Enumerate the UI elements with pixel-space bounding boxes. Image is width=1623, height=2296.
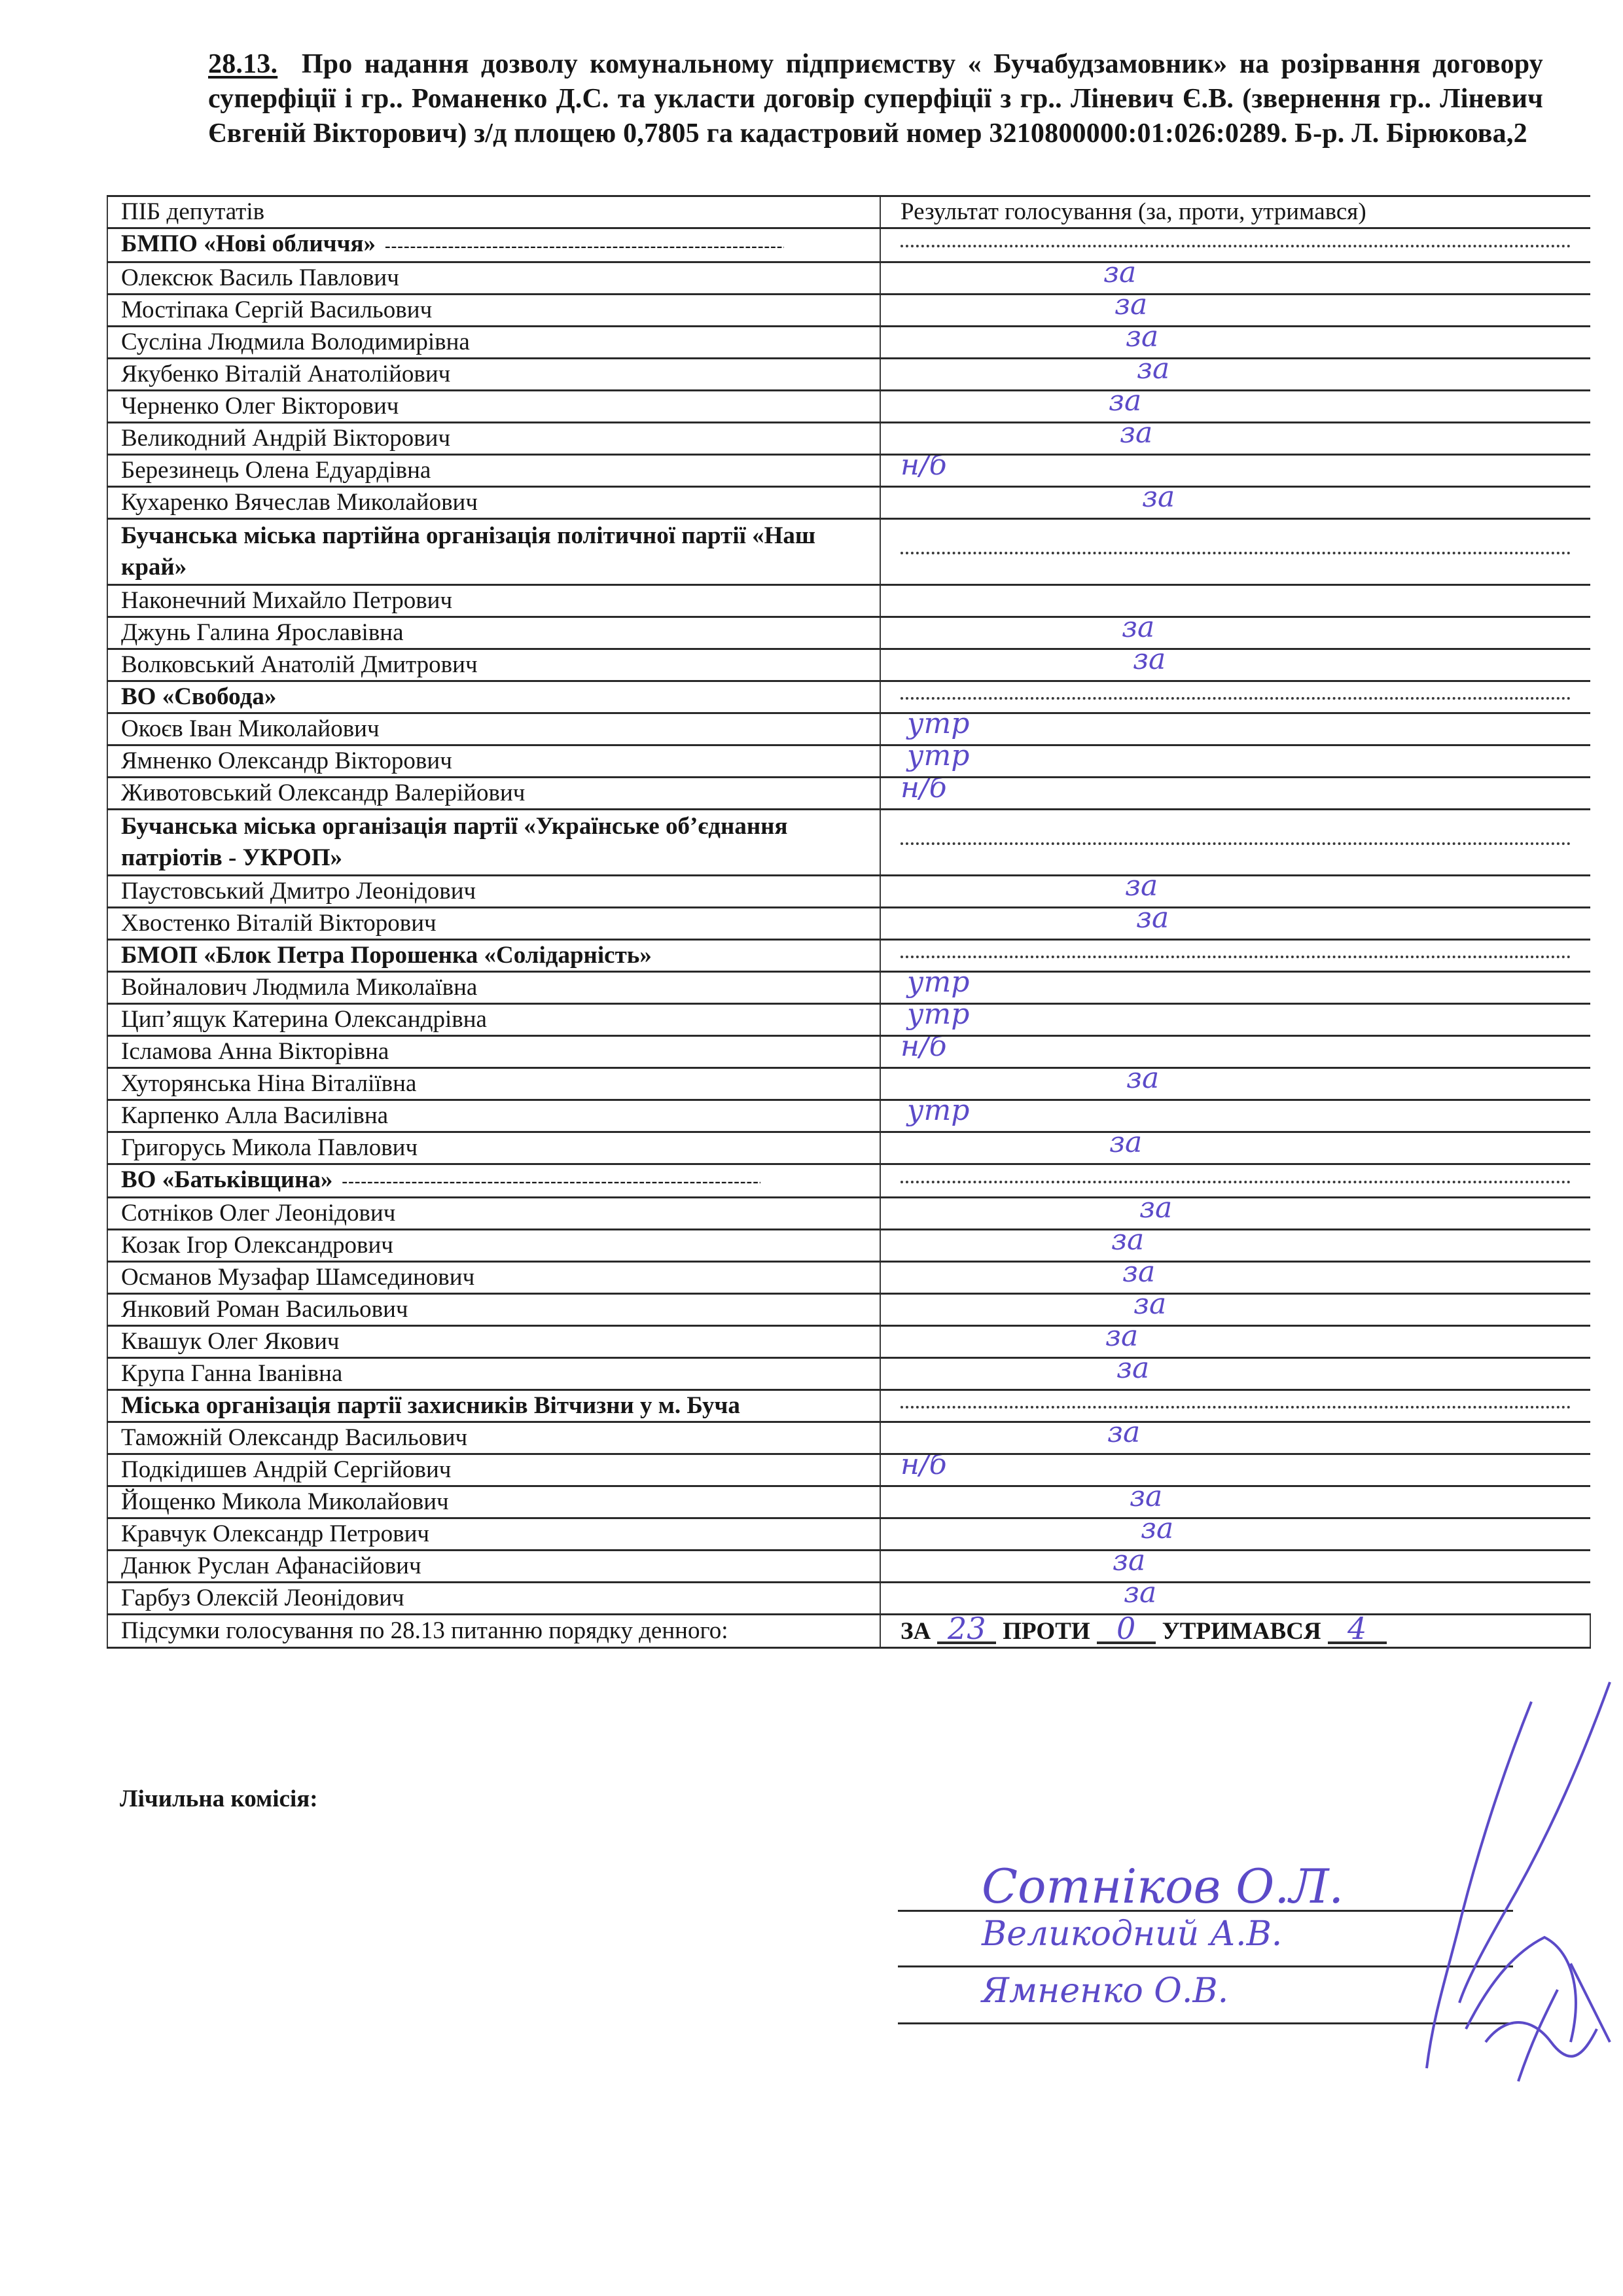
deputy-row: Джунь Галина Ярославівназа: [107, 617, 1590, 649]
group-result-placeholder: [880, 1164, 1590, 1198]
handwritten-vote-mark: за: [1109, 1132, 1142, 1159]
deputy-name: Гарбуз Олексій Леонідович: [107, 1583, 880, 1615]
deputy-vote-cell: за: [880, 875, 1590, 907]
group-name-text: Бучанська міська організація партії «Укр…: [121, 813, 787, 871]
deputy-name: Волковський Анатолій Дмитрович: [107, 649, 880, 681]
deputy-row: Якубенко Віталій Анатолійовичза: [107, 358, 1590, 390]
deputy-name: Козак Ігор Олександрович: [107, 1230, 880, 1262]
deputy-vote-cell: за: [880, 1551, 1590, 1583]
handwritten-vote-mark: за: [1126, 326, 1158, 353]
handwritten-vote-mark: за: [1126, 1067, 1159, 1095]
deputy-vote-cell: н/б: [880, 454, 1590, 486]
group-header-row: Бучанська міська партійна організація по…: [107, 518, 1590, 584]
deputy-row: Сотніков Олег Леонідовичза: [107, 1198, 1590, 1230]
voting-table: ПІБ депутатів Результат голосування (за,…: [107, 195, 1591, 1649]
agenda-item-title: 28.13. Про надання дозволу комунальному …: [208, 47, 1543, 151]
deputy-name: Паустовський Дмитро Леонідович: [107, 875, 880, 907]
group-header-row: Міська організація партії захисників Віт…: [107, 1390, 1590, 1422]
deputy-row: Войналович Людмила Миколаївнаутр: [107, 971, 1590, 1003]
deputy-row: Подкідишев Андрій Сергійовичн/б: [107, 1454, 1590, 1486]
group-name-text: Бучанська міська партійна організація по…: [121, 522, 815, 581]
dash-fill: ----------------------------------------…: [385, 231, 784, 261]
deputy-name: Григорусь Микола Павлович: [107, 1132, 880, 1164]
deputy-name: Наконечний Михайло Петрович: [107, 584, 880, 617]
votes-for-value: 23: [937, 1615, 996, 1644]
group-header-row: ВО «Свобода»: [107, 681, 1590, 713]
group-name: Бучанська міська партійна організація по…: [107, 518, 880, 584]
group-name-text: Міська організація партії захисників Віт…: [121, 1392, 740, 1419]
deputy-name: Ямненко Олександр Вікторович: [107, 745, 880, 777]
header-result: Результат голосування (за, проти, утрима…: [880, 196, 1590, 228]
deputy-name: Великодний Андрій Вікторович: [107, 422, 880, 454]
deputy-row: Великодний Андрій Вікторовичза: [107, 422, 1590, 454]
deputy-row: Хуторянська Ніна Віталіївназа: [107, 1067, 1590, 1100]
deputy-row: Янковий Роман Васильовичза: [107, 1294, 1590, 1326]
deputy-vote-cell: утр: [880, 713, 1590, 745]
deputy-row: Кравчук Олександр Петровичза: [107, 1518, 1590, 1551]
deputy-row: Карпенко Алла Василівнаутр: [107, 1100, 1590, 1132]
handwritten-vote-mark: за: [1107, 1422, 1140, 1450]
handwritten-vote-mark: за: [1141, 1518, 1173, 1546]
agenda-item-number: 28.13.: [208, 49, 277, 79]
handwritten-vote-mark: за: [1103, 262, 1136, 289]
deputy-name: Березинець Олена Едуардівна: [107, 454, 880, 486]
deputy-name: Хуторянська Ніна Віталіївна: [107, 1067, 880, 1100]
deputy-vote-cell: за: [880, 1422, 1590, 1454]
deputy-vote-cell: за: [880, 294, 1590, 326]
deputy-row: Наконечний Михайло Петрович: [107, 584, 1590, 617]
deputy-row: Животовський Олександр Валерійовичн/б: [107, 777, 1590, 809]
deputy-vote-cell: утр: [880, 745, 1590, 777]
handwritten-vote-mark: за: [1124, 1583, 1156, 1610]
deputy-name: Олексюк Василь Павлович: [107, 262, 880, 294]
group-name: Бучанська міська організація партії «Укр…: [107, 809, 880, 875]
group-result-placeholder: [880, 228, 1590, 262]
deputy-row: Паустовський Дмитро Леонідовичза: [107, 875, 1590, 907]
handwritten-vote-mark: за: [1142, 486, 1175, 514]
deputy-name: Ісламова Анна Вікторівна: [107, 1035, 880, 1067]
group-result-placeholder: [880, 1390, 1590, 1422]
handwritten-vote-mark: утр: [907, 745, 969, 772]
deputy-vote-cell: н/б: [880, 1035, 1590, 1067]
deputy-vote-cell: за: [880, 1132, 1590, 1164]
deputy-vote-cell: за: [880, 390, 1590, 422]
deputy-row: Цип’ящук Катерина Олександрівнаутр: [107, 1003, 1590, 1035]
deputy-vote-cell: утр: [880, 1100, 1590, 1132]
deputy-vote-cell: утр: [880, 1003, 1590, 1035]
signature-scribble-icon: [1335, 1676, 1623, 2094]
deputy-vote-cell: за: [880, 649, 1590, 681]
votes-for-label: ЗА: [901, 1618, 931, 1645]
deputy-name: Войналович Людмила Миколаївна: [107, 971, 880, 1003]
group-header-row: ВО «Батьківщина»------------------------…: [107, 1164, 1590, 1198]
deputy-vote-cell: за: [880, 422, 1590, 454]
deputy-vote-cell: за: [880, 1583, 1590, 1615]
deputy-row: Йощенко Микола Миколайовичза: [107, 1486, 1590, 1518]
summary-row: Підсумки голосування по 28.13 питанню по…: [107, 1615, 1590, 1648]
dash-line: [901, 552, 1571, 554]
table-header-row: ПІБ депутатів Результат голосування (за,…: [107, 196, 1590, 228]
deputy-row: Олексюк Василь Павловичза: [107, 262, 1590, 294]
handwritten-vote-mark: за: [1122, 617, 1154, 644]
votes-abstain-label: УТРИМАВСЯ: [1162, 1618, 1321, 1645]
group-name-text: БМОП «Блок Петра Порошенка «Солідарність…: [121, 942, 652, 969]
dash-line: [901, 245, 1571, 247]
deputy-name: Янковий Роман Васильович: [107, 1294, 880, 1326]
group-header-row: БМОП «Блок Петра Порошенка «Солідарність…: [107, 939, 1590, 971]
dash-line: [901, 1181, 1571, 1183]
deputy-row: Гарбуз Олексій Леонідовичза: [107, 1583, 1590, 1615]
deputy-row: Османов Музафар Шамсединовичза: [107, 1262, 1590, 1294]
handwritten-vote-mark: утр: [907, 713, 969, 740]
deputy-row: Кухаренко Вячеслав Миколайовичза: [107, 486, 1590, 518]
deputy-vote-cell: за: [880, 1262, 1590, 1294]
group-name-text: ВО «Свобода»: [121, 683, 276, 710]
deputy-row: Ісламова Анна Вікторівнан/б: [107, 1035, 1590, 1067]
commission-member-signature: Великодний А.В.: [982, 1914, 1282, 1954]
handwritten-vote-mark: за: [1137, 358, 1169, 386]
deputy-vote-cell: за: [880, 1486, 1590, 1518]
deputy-vote-cell: н/б: [880, 1454, 1590, 1486]
deputy-name: Хвостенко Віталій Вікторович: [107, 907, 880, 939]
deputy-row: Березинець Олена Едуардівнан/б: [107, 454, 1590, 486]
handwritten-vote-mark: за: [1133, 649, 1166, 676]
handwritten-vote-mark: за: [1125, 875, 1158, 903]
deputy-name: Сусліна Людмила Володимирівна: [107, 326, 880, 358]
deputy-row: Хвостенко Віталій Вікторовичза: [107, 907, 1590, 939]
deputy-name: Крупа Ганна Іванівна: [107, 1358, 880, 1390]
deputy-row: Крупа Ганна Іванівназа: [107, 1358, 1590, 1390]
handwritten-vote-mark: за: [1139, 1198, 1172, 1225]
dash-line: [901, 842, 1571, 845]
deputy-name: Якубенко Віталій Анатолійович: [107, 358, 880, 390]
summary-results: ЗА23ПРОТИ0УТРИМАВСЯ4: [880, 1615, 1590, 1648]
votes-against-value: 0: [1097, 1615, 1156, 1644]
handwritten-vote-mark: н/б: [901, 777, 947, 804]
deputy-name: Йощенко Микола Миколайович: [107, 1486, 880, 1518]
handwritten-vote-mark: за: [1113, 1551, 1145, 1578]
deputy-vote-cell: за: [880, 326, 1590, 358]
deputy-vote-cell: за: [880, 1518, 1590, 1551]
deputy-row: Мостіпака Сергій Васильовичза: [107, 294, 1590, 326]
deputy-name: Османов Музафар Шамсединович: [107, 1262, 880, 1294]
handwritten-vote-mark: утр: [907, 1100, 969, 1127]
deputy-vote-cell: [880, 584, 1590, 617]
counting-commission-label: Лічильна комісія:: [120, 1785, 318, 1813]
deputy-name: Кухаренко Вячеслав Миколайович: [107, 486, 880, 518]
group-header-row: Бучанська міська організація партії «Укр…: [107, 809, 1590, 875]
deputy-row: Окоєв Іван Миколайовичутр: [107, 713, 1590, 745]
votes-against-label: ПРОТИ: [1003, 1618, 1090, 1645]
deputy-vote-cell: за: [880, 262, 1590, 294]
deputy-name: Черненко Олег Вікторович: [107, 390, 880, 422]
handwritten-vote-mark: н/б: [901, 1454, 947, 1482]
handwritten-vote-mark: за: [1116, 1358, 1149, 1386]
deputy-row: Ямненко Олександр Вікторовичутр: [107, 745, 1590, 777]
deputy-vote-cell: за: [880, 1326, 1590, 1358]
group-name: БМПО «Нові обличчя»---------------------…: [107, 228, 880, 262]
deputy-vote-cell: за: [880, 1198, 1590, 1230]
handwritten-vote-mark: н/б: [901, 454, 947, 482]
handwritten-vote-mark: за: [1105, 1326, 1138, 1354]
header-name: ПІБ депутатів: [107, 196, 880, 228]
group-name: Міська організація партії захисників Віт…: [107, 1390, 880, 1422]
group-name-text: ВО «Батьківщина»: [121, 1166, 332, 1193]
deputy-vote-cell: за: [880, 358, 1590, 390]
deputy-row: Данюк Руслан Афанасійовичза: [107, 1551, 1590, 1583]
deputy-name: Таможній Олександр Васильович: [107, 1422, 880, 1454]
group-name: ВО «Свобода»: [107, 681, 880, 713]
group-result-placeholder: [880, 518, 1590, 584]
group-result-placeholder: [880, 809, 1590, 875]
dash-line: [901, 956, 1571, 958]
deputy-vote-cell: за: [880, 1067, 1590, 1100]
group-result-placeholder: [880, 939, 1590, 971]
deputy-row: Козак Ігор Олександровичза: [107, 1230, 1590, 1262]
commission-member-signature: Сотніков О.Л.: [982, 1859, 1344, 1914]
handwritten-vote-mark: за: [1109, 390, 1141, 418]
deputy-name: Карпенко Алла Василівна: [107, 1100, 880, 1132]
handwritten-vote-mark: утр: [907, 1003, 969, 1031]
deputy-row: Таможній Олександр Васильовичза: [107, 1422, 1590, 1454]
deputy-name: Джунь Галина Ярославівна: [107, 617, 880, 649]
deputy-row: Сусліна Людмила Володимирівназа: [107, 326, 1590, 358]
group-name: БМОП «Блок Петра Порошенка «Солідарність…: [107, 939, 880, 971]
deputy-name: Мостіпака Сергій Васильович: [107, 294, 880, 326]
handwritten-vote-mark: н/б: [901, 1035, 947, 1063]
deputy-name: Окоєв Іван Миколайович: [107, 713, 880, 745]
deputy-row: Черненко Олег Вікторовичза: [107, 390, 1590, 422]
deputy-name: Цип’ящук Катерина Олександрівна: [107, 1003, 880, 1035]
group-name-text: БМПО «Нові обличчя»: [121, 230, 376, 257]
dash-line: [901, 697, 1571, 700]
deputy-vote-cell: н/б: [880, 777, 1590, 809]
deputy-vote-cell: за: [880, 907, 1590, 939]
deputy-vote-cell: за: [880, 1294, 1590, 1326]
deputy-name: Сотніков Олег Леонідович: [107, 1198, 880, 1230]
deputy-name: Квашук Олег Якович: [107, 1326, 880, 1358]
dash-fill: ----------------------------------------…: [342, 1166, 760, 1196]
summary-label: Підсумки голосування по 28.13 питанню по…: [107, 1615, 880, 1648]
handwritten-vote-mark: за: [1136, 907, 1169, 935]
deputy-row: Волковський Анатолій Дмитровичза: [107, 649, 1590, 681]
dash-line: [901, 1406, 1571, 1408]
group-result-placeholder: [880, 681, 1590, 713]
deputy-vote-cell: за: [880, 486, 1590, 518]
deputy-name: Подкідишев Андрій Сергійович: [107, 1454, 880, 1486]
commission-member-signature: Ямненко О.В.: [982, 1971, 1228, 2011]
group-header-row: БМПО «Нові обличчя»---------------------…: [107, 228, 1590, 262]
handwritten-vote-mark: за: [1111, 1230, 1144, 1257]
handwritten-vote-mark: за: [1122, 1262, 1155, 1289]
handwritten-vote-mark: утр: [907, 971, 969, 999]
votes-abstain-value: 4: [1328, 1615, 1387, 1644]
deputy-name: Животовський Олександр Валерійович: [107, 777, 880, 809]
handwritten-vote-mark: за: [1120, 422, 1152, 450]
deputy-vote-cell: утр: [880, 971, 1590, 1003]
agenda-item-text: Про надання дозволу комунальному підприє…: [208, 49, 1543, 149]
deputy-name: Данюк Руслан Афанасійович: [107, 1551, 880, 1583]
handwritten-vote-mark: за: [1115, 294, 1147, 321]
handwritten-vote-mark: за: [1130, 1486, 1162, 1514]
deputy-vote-cell: за: [880, 1230, 1590, 1262]
deputy-row: Квашук Олег Яковичза: [107, 1326, 1590, 1358]
deputy-name: Кравчук Олександр Петрович: [107, 1518, 880, 1551]
deputy-vote-cell: за: [880, 1358, 1590, 1390]
group-name: ВО «Батьківщина»------------------------…: [107, 1164, 880, 1198]
deputy-row: Григорусь Микола Павловичза: [107, 1132, 1590, 1164]
handwritten-vote-mark: за: [1133, 1294, 1166, 1321]
deputy-vote-cell: за: [880, 617, 1590, 649]
